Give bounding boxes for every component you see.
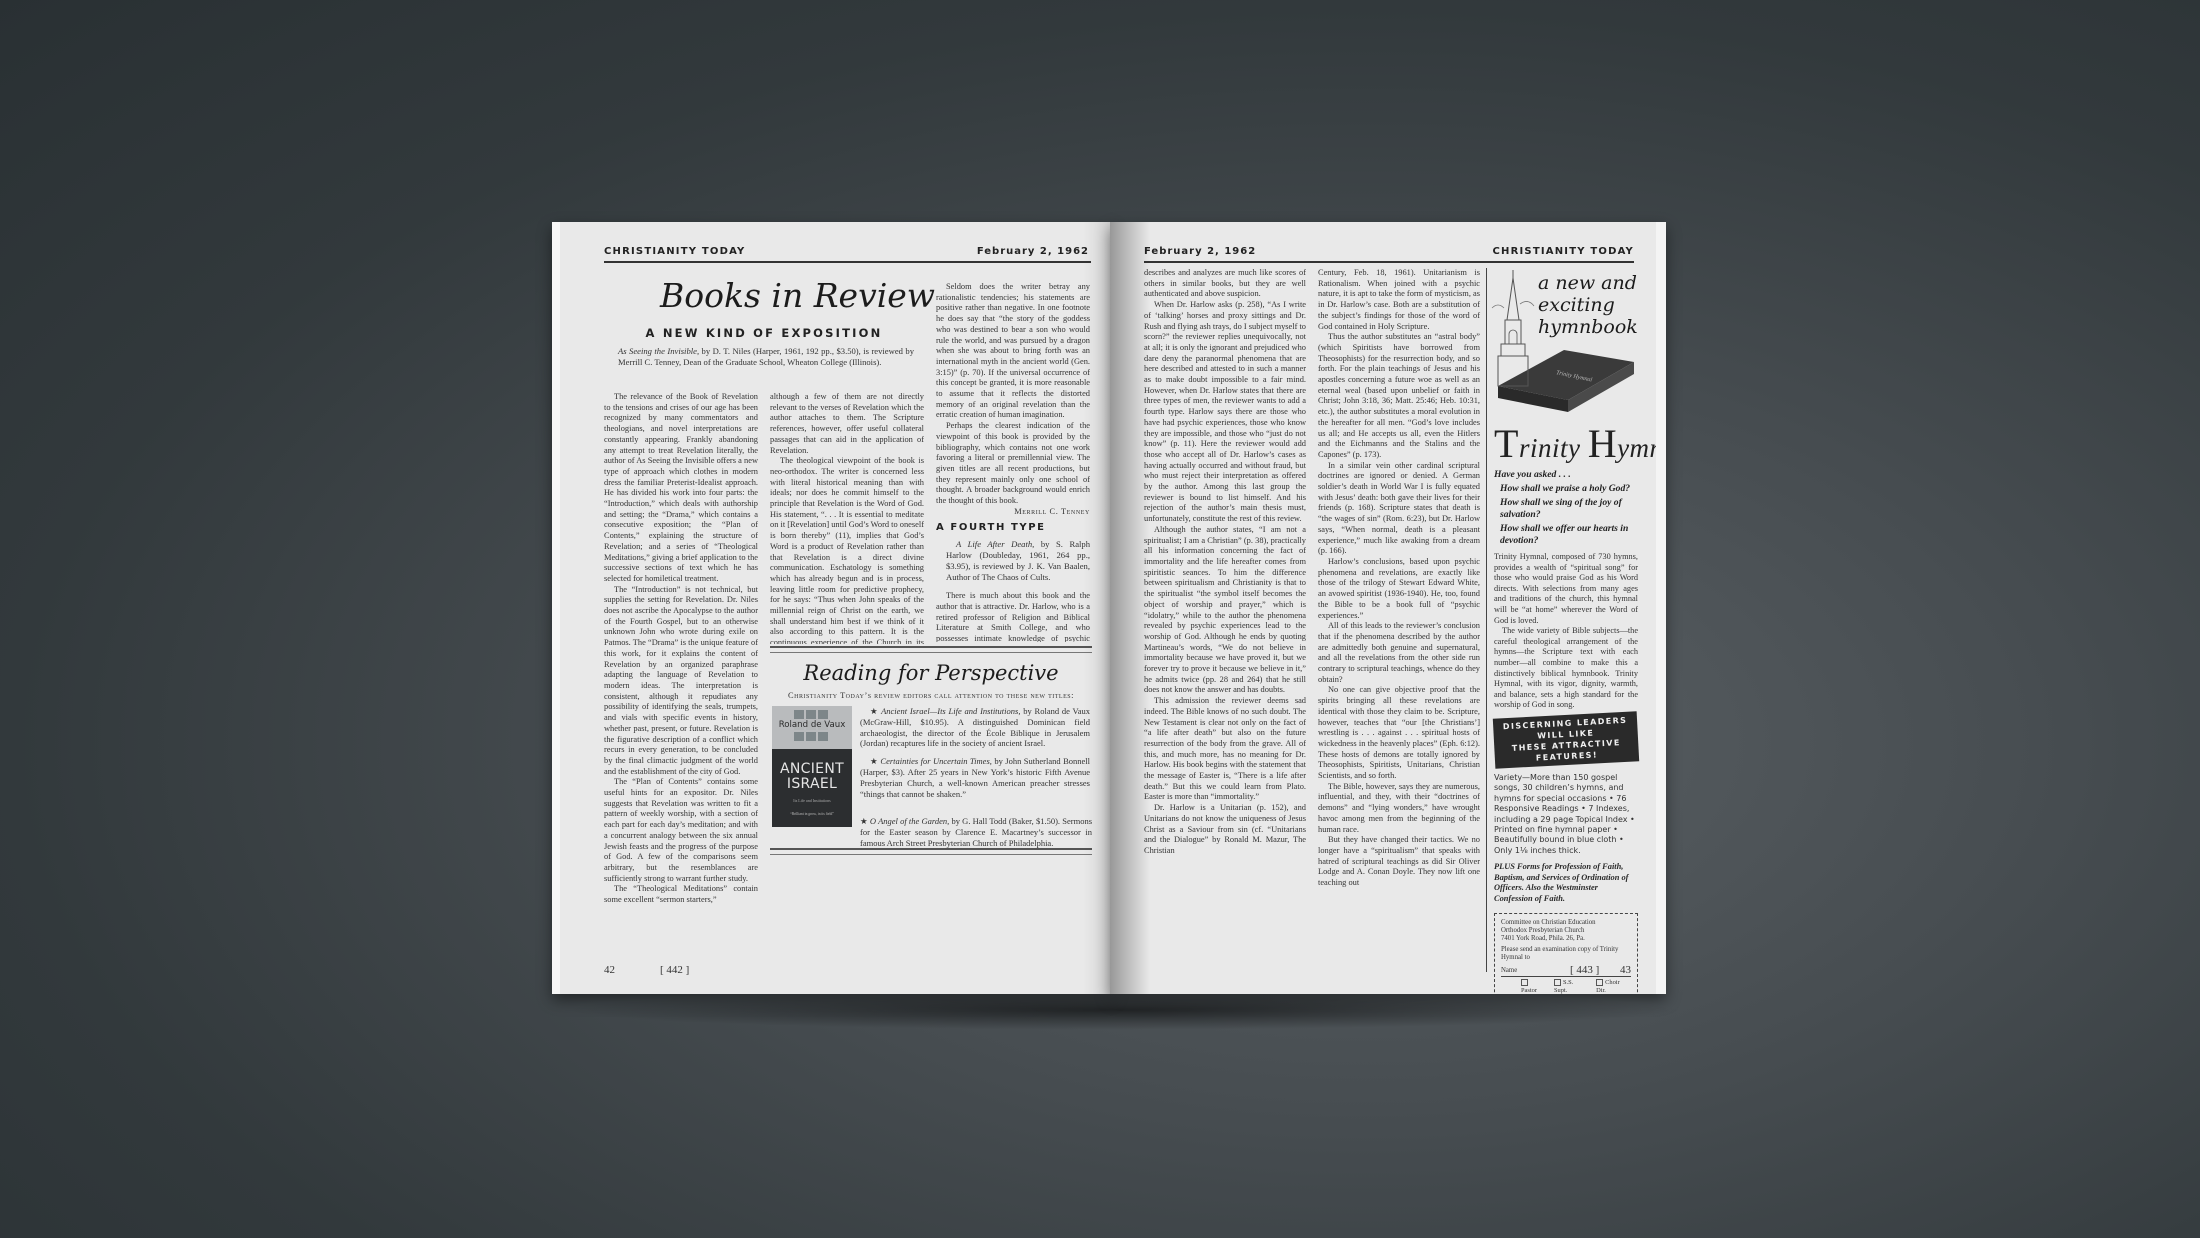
ad-body: Trinity Hymnal, composed of 730 hymns, p… [1494,552,1638,711]
paragraph: The theological viewpoint of the book is… [770,456,924,644]
recommended-title-item-3: ★ O Angel of the Garden, by G. Hall Todd… [768,816,1092,848]
trinity-hymnal-advertisement: a new and exciting hymnbook Trinity Hymn… [1494,268,1638,994]
church-steeple-icon [1490,268,1536,388]
article-column-2: Century, Feb. 18, 1961). Unitarianism is… [1318,268,1487,972]
checkbox-icon [1521,979,1528,986]
paragraph: Century, Feb. 18, 1961). Unitarianism is… [1318,268,1480,332]
recommended-title-item: ★ Certainties for Uncertain Times, by Jo… [860,756,1090,799]
ad-headline-line: hymnbook [1538,316,1638,338]
box-top-rule [770,646,1092,653]
page-number-bracketed: [ 442 ] [660,964,689,976]
paragraph: In a similar vein other cardinal scriptu… [1318,461,1480,557]
book-title: Ancient Israel—Its Life and Institutions… [881,706,1020,716]
paragraph: describes and analyzes are much like sco… [1144,268,1306,300]
article-2-heading: A FOURTH TYPE [936,523,1090,534]
paragraph: Thus the author substitutes an “astral b… [1318,332,1480,460]
star-icon: ★ [870,706,878,716]
paragraph: The “Plan of Contents” contains some use… [604,777,758,884]
reading-for-perspective-box: Reading for Perspective Christianity Tod… [770,646,1092,855]
book-title: O Angel of the Garden, [870,816,949,826]
brand-text: ymnal [1617,433,1666,463]
checkbox-icon [1596,979,1603,986]
cover-title-line: ANCIENT [780,761,844,777]
right-page: February 2, 1962 CHRISTIANITY TODAY desc… [1110,222,1666,994]
book-cover-ancient-israel: Roland de Vaux ANCIENTISRAEL Its Life an… [772,706,852,827]
ad-question: How shall we sing of the joy of salvatio… [1494,497,1638,521]
cover-title: ANCIENTISRAEL [772,762,852,792]
article-column-2: although a few of them are not directly … [770,392,924,644]
book-title: A Life After Death, [956,539,1034,549]
checkbox-ss-supt[interactable]: S.S. Supt. [1554,979,1588,994]
paragraph: The “Introduction” is not technical, but… [604,585,758,778]
brand-initial: H [1588,421,1617,466]
article-byline: As Seeing the Invisible, by D. T. Niles … [618,346,914,368]
recommended-title-item: ★ O Angel of the Garden, by G. Hall Todd… [768,816,1092,848]
ad-headline: a new and exciting hymnbook [1538,272,1638,338]
paragraph: But they have changed their tactics. We … [1318,835,1480,889]
brand-initial: T [1494,421,1519,466]
cover-author: Roland de Vaux [772,720,852,730]
cover-tagline: Its Life and Institutions [778,798,846,803]
coupon-role-checkboxes: Pastor S.S. Supt. Choir Dir. [1501,979,1631,994]
ad-questions-intro: Have you asked . . . [1494,469,1638,481]
paragraph: Trinity Hymnal, composed of 730 hymns, p… [1494,552,1638,626]
running-header-date: February 2, 1962 [977,246,1089,257]
recommended-title-item: ★ Ancient Israel—Its Life and Institutio… [860,706,1090,749]
running-header-magazine-name: CHRISTIANITY TODAY [604,246,746,257]
ad-brand-name: Trinity Hymnal [1494,420,1638,467]
page-number-bracketed: [ 443 ] [1570,964,1599,976]
paragraph: No one can give objective proof that the… [1318,685,1480,781]
paragraph: The “Theological Meditations” contain so… [604,884,758,905]
coupon-name-field[interactable]: Name [1501,967,1631,977]
star-icon: ★ [870,756,878,766]
article-column-1: The relevance of the Book of Revelation … [604,392,758,972]
features-list: Variety—More than 150 gospel songs, 30 c… [1494,773,1638,856]
checkbox-pastor[interactable]: Pastor [1521,979,1546,994]
paragraph: The wide variety of Bible subjects—the c… [1494,626,1638,711]
paragraph: This admission the reviewer deems sad in… [1144,696,1306,803]
order-coupon: Committee on Christian Education Orthodo… [1494,913,1638,994]
book-title: Certainties for Uncertain Times, [880,756,991,766]
paragraph: Perhaps the clearest indication of the v… [936,421,1090,507]
checkbox-label: Pastor [1521,987,1537,994]
coupon-address-line: Committee on Christian Education [1501,919,1631,927]
running-header-magazine-name: CHRISTIANITY TODAY [1493,246,1635,257]
ad-headline-line: exciting [1538,294,1638,316]
ad-question: How shall we praise a holy God? [1494,483,1638,495]
recommended-titles-list: ★ Ancient Israel—Its Life and Institutio… [860,706,1090,806]
reviewer-signature: Merrill C. Tenney [936,507,1090,518]
ad-question: How shall we offer our hearts in devotio… [1494,523,1638,547]
paragraph: The Bible, however, says they are numero… [1318,782,1480,836]
book-title: As Seeing the Invisible, [618,346,699,356]
article-column-1: describes and analyzes are much like sco… [1144,268,1306,972]
features-banner: DISCERNING LEADERS WILL LIKE THESE ATTRA… [1493,711,1639,768]
reading-for-perspective-subtitle: Christianity Today’s review editors call… [770,691,1092,700]
article-heading: A NEW KIND OF EXPOSITION [604,326,924,340]
left-page: CHRISTIANITY TODAY February 2, 1962 Book… [552,222,1113,994]
checkbox-choir-dir[interactable]: Choir Dir. [1596,979,1631,994]
brand-text: rinity [1519,433,1588,463]
header-rule [604,261,1091,263]
ad-headline-line: a new and [1538,272,1638,294]
paragraph: Harlow’s conclusions, based upon psychic… [1318,557,1480,621]
article-column-3: Seldom does the writer betray any ration… [936,282,1090,642]
coupon-address-line: Orthodox Presbyterian Church [1501,927,1631,935]
page-number: 43 [1620,964,1631,976]
page-number: 42 [604,964,615,976]
paragraph: Seldom does the writer betray any ration… [936,282,1090,421]
coupon-address-line: 7401 York Road, Phila. 26, Pa. [1501,935,1631,943]
coupon-request: Please send an examination copy of Trini… [1501,946,1631,962]
box-bottom-rule [770,848,1092,855]
magazine-shadow [560,990,1680,1030]
paragraph: All of this leads to the reviewer’s conc… [1318,621,1480,685]
reading-for-perspective-title: Reading for Perspective [770,661,1092,685]
section-title: Books in Review [660,276,935,315]
ad-plus-note: PLUS Forms for Profession of Faith, Bapt… [1494,862,1638,904]
field-label: Name [1501,967,1517,975]
star-icon: ★ [860,816,868,826]
checkbox-icon [1554,979,1561,986]
paragraph: Although the author states, “I am not a … [1144,525,1306,696]
cover-title-line: ISRAEL [787,776,837,792]
paragraph: There is much about this book and the au… [936,591,1090,642]
header-rule [1144,261,1634,263]
paragraph: When Dr. Harlow asks (p. 258), “As I wri… [1144,300,1306,525]
article-2-byline: A Life After Death, by S. Ralph Harlow (… [936,539,1090,583]
running-header-date: February 2, 1962 [1144,246,1256,257]
paragraph: although a few of them are not directly … [770,392,924,456]
paragraph: The relevance of the Book of Revelation … [604,392,758,585]
paragraph: Dr. Harlow is a Unitarian (p. 152), and … [1144,803,1306,857]
